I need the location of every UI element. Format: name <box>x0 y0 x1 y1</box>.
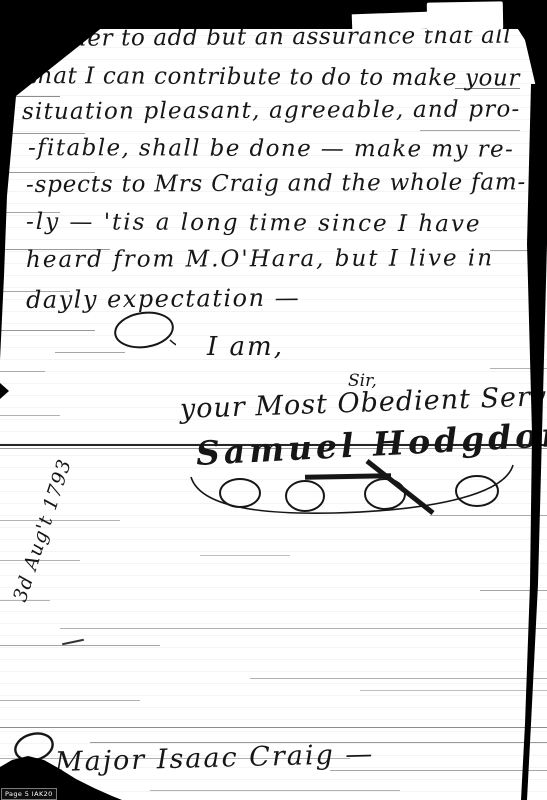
scan-streak <box>0 520 120 521</box>
letter-line-2: that I can contribute to do to make your <box>28 64 520 92</box>
scan-streak <box>250 678 547 679</box>
scan-streak <box>330 770 547 771</box>
scanned-letter-page: further to add but an assurance that all… <box>0 0 547 800</box>
scan-streak <box>360 690 547 691</box>
scan-streak <box>420 130 520 131</box>
scan-streak <box>0 727 547 728</box>
letter-line-6: -ly — 'tis a long time since I have <box>26 210 482 238</box>
paper-tab-notch <box>352 12 431 32</box>
scan-streak <box>0 645 160 646</box>
scan-streak <box>0 700 140 701</box>
scan-streak <box>0 415 60 416</box>
letter-line-7: heard from M.O'Hara, but I live in <box>26 246 494 273</box>
scan-streak <box>0 371 45 372</box>
scan-streak <box>150 790 400 791</box>
pen-loop-flourish <box>112 308 176 354</box>
addressee: Major Isaac Craig — <box>55 740 375 778</box>
scan-streak <box>0 133 85 134</box>
letter-line-5: -spects to Mrs Craig and the whole fam- <box>26 170 526 198</box>
scan-streak <box>200 555 290 556</box>
scan-streak <box>0 330 95 331</box>
margin-date: 3d Aug't 1793 <box>7 446 79 614</box>
signature-flourish <box>185 455 520 517</box>
letter-line-3: situation pleasant, agreeable, and pro- <box>22 97 521 125</box>
scan-speck <box>0 383 9 399</box>
closing-i-am: I am, <box>207 333 284 362</box>
letter-line-4: -fitable, shall be done — make my re- <box>28 136 514 163</box>
scan-streak <box>60 628 547 629</box>
paper-tab <box>427 1 503 30</box>
page-id-label: Page 5 IAK20 <box>1 788 57 800</box>
